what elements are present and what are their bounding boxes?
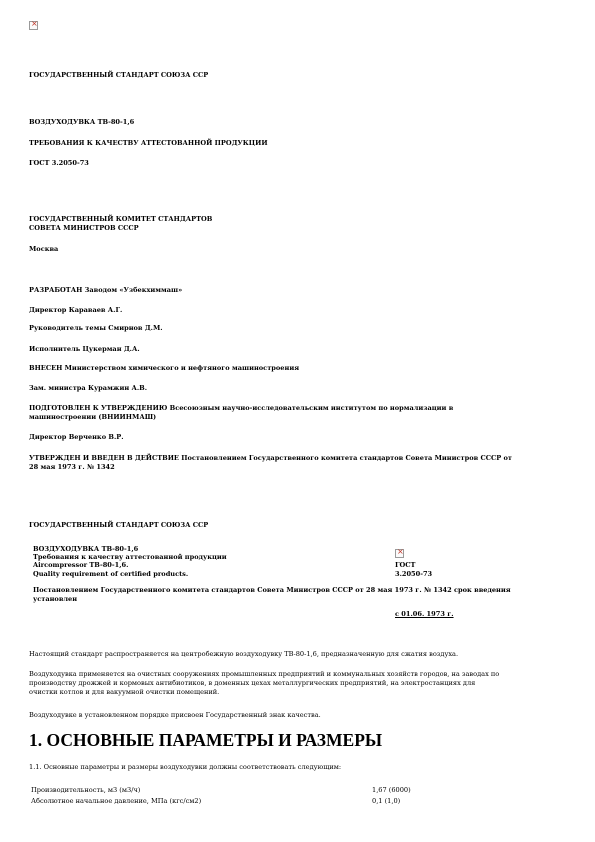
param-value: 0,1 (1,0) [372, 797, 400, 805]
city: Москва [29, 245, 58, 253]
committee-line-2: СОВЕТА МИНИСТРОВ СССР [29, 224, 139, 232]
param-value: 1,67 (6000) [372, 786, 411, 794]
committee-line-1: ГОСУДАРСТВЕННЫЙ КОМИТЕТ СТАНДАРТОВ [29, 215, 212, 223]
submitted-by: ВНЕСЕН Министерством химического и нефтя… [29, 364, 299, 372]
developed-by: РАЗРАБОТАН Заводом «Узбекхиммаш» [29, 286, 182, 294]
decree-line-1: Постановлением Государственного комитета… [33, 586, 511, 594]
executor: Исполнитель Цукерман Д.А. [29, 345, 140, 353]
section-intro: 1.1. Основные параметры и размеры воздух… [29, 763, 341, 771]
paragraph-usage-line-1: Воздуходувка применяется на очистных соо… [29, 670, 499, 678]
deputy-minister: Зам. министра Курамжин А.В. [29, 384, 147, 392]
name-ru: ВОЗДУХОДУВКА ТВ-80-1,6 [33, 545, 138, 553]
director: Директор Караваев А.Г. [29, 306, 122, 314]
paragraph-usage-line-2: производству дрожжей и кормовых антибиот… [29, 679, 475, 687]
gost-logo-icon [395, 549, 404, 558]
description-en: Quality requirement of certified product… [33, 570, 188, 578]
standard-header: ГОСУДАРСТВЕННЫЙ СТАНДАРТ СОЮЗА ССР [29, 71, 208, 79]
paragraph-usage-line-3: очистки котлов и для вакуумной очистки п… [29, 688, 219, 696]
name-en: Aircompressor TB-80-1,6. [33, 561, 128, 569]
product-title: ВОЗДУХОДУВКА ТВ-80-1,6 [29, 118, 134, 126]
gost-number-2: 3.2050-73 [395, 570, 432, 578]
decree-line-2: установлен [33, 595, 77, 603]
effective-date: с 01.06. 1973 г. [395, 610, 454, 618]
description-ru: Требования к качеству аттестованной прод… [33, 553, 227, 561]
gost-number: ГОСТ 3.2050-73 [29, 159, 89, 167]
prepared-line-2: машиностроении (ВНИИНМАШ) [29, 413, 156, 421]
standard-header-2: ГОСУДАРСТВЕННЫЙ СТАНДАРТ СОЮЗА ССР [29, 521, 208, 529]
param-name: Производительность, м3 (м3/ч) [31, 786, 140, 794]
broken-image-icon [29, 21, 38, 30]
topic-lead: Руководитель темы Смирнов Д.М. [29, 324, 163, 332]
document-subtitle: ТРЕБОВАНИЯ К КАЧЕСТВУ АТТЕСТОВАННОЙ ПРОД… [29, 139, 268, 147]
approved-line-2: 28 мая 1973 г. № 1342 [29, 463, 115, 471]
paragraph-quality-mark: Воздуходувке в установленном порядке при… [29, 711, 321, 719]
approved-line-1: УТВЕРЖДЕН И ВВЕДЕН В ДЕЙСТВИЕ Постановле… [29, 454, 512, 462]
section-heading: 1. ОСНОВНЫЕ ПАРАМЕТРЫ И РАЗМЕРЫ [29, 730, 382, 751]
prepared-line-1: ПОДГОТОВЛЕН К УТВЕРЖДЕНИЮ Всесоюзным нау… [29, 404, 453, 412]
gost-label: ГОСТ [395, 561, 415, 569]
param-name: Абсолютное начальное давление, МПа (кгс/… [31, 797, 201, 805]
paragraph-scope: Настоящий стандарт распространяется на ц… [29, 650, 458, 658]
director-2: Директор Верченко В.Р. [29, 433, 124, 441]
